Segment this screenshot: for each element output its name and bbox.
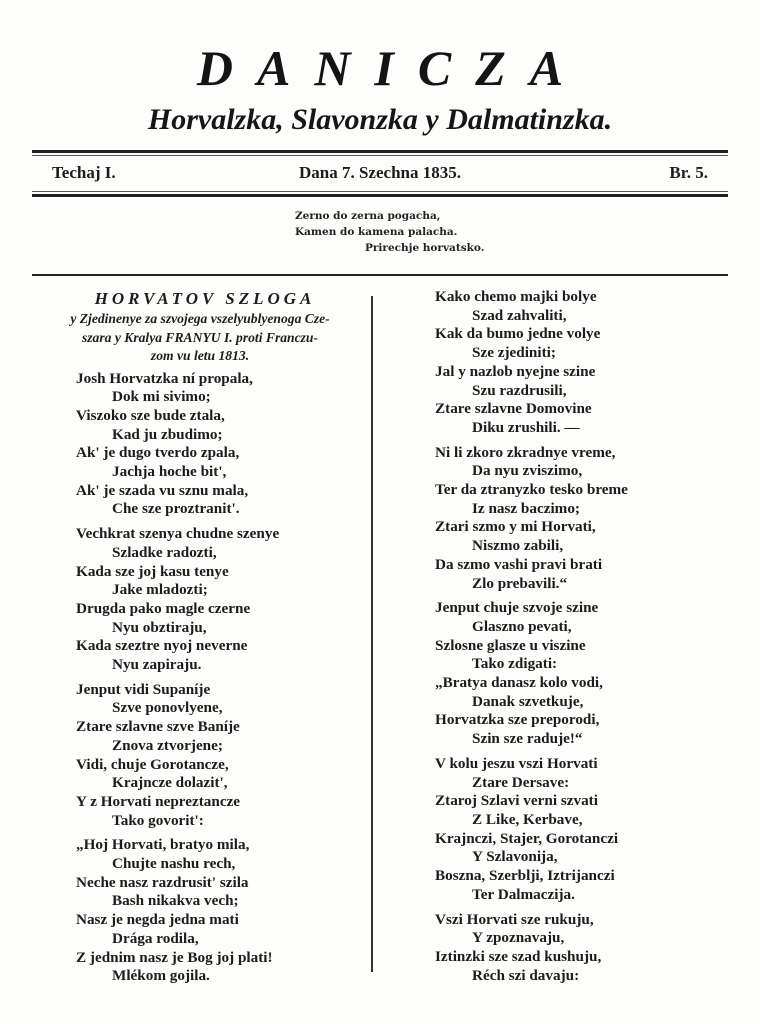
stanza: Vszi Horvati sze rukuju,Y zpoznavaju,Izt…: [380, 911, 730, 986]
verse-line: Krajnczi, Stajer, Gorotanczi: [380, 830, 730, 849]
verse-line: Ztare szlavne szve Baníje: [32, 718, 368, 737]
verse-line: Ak' je dugo tverdo zpala,: [32, 444, 368, 463]
verse-line: Da nyu zviszimo,: [380, 462, 730, 481]
poem-title: HORVATOV SZLOGA: [42, 288, 368, 310]
verse-line: Y zpoznavaju,: [380, 929, 730, 948]
masthead-title: DANICZA: [0, 38, 760, 98]
verse-line: Jenput chuje szvoje szine: [380, 599, 730, 618]
verse-line: Vszi Horvati sze rukuju,: [380, 911, 730, 930]
issue-date: Dana 7. Szechna 1835.: [32, 160, 728, 186]
verse-line: Ztare szlavne Domovine: [380, 400, 730, 419]
verse-line: Drugda pako magle czerne: [32, 600, 368, 619]
verse-line: Tako govorit':: [32, 812, 368, 831]
verse-line: Jenput vidi Supaníje: [32, 681, 368, 700]
verse-line: Szve ponovlyene,: [32, 699, 368, 718]
verse-line: Kada sze joj kasu tenye: [32, 563, 368, 582]
poem-subtitle-line: y Zjedinenye za szvojega vszelyublyenoga…: [32, 310, 368, 329]
verse-line: Glaszno pevati,: [380, 618, 730, 637]
epigraph-line: Zerno do zerna pogacha,: [295, 208, 484, 224]
verse-line: Nyu zapiraju.: [32, 656, 368, 675]
verse-line: Z jednim nasz je Bog joj plati!: [32, 949, 368, 968]
verse-line: Sze zjediniti;: [380, 344, 730, 363]
epigraph-attribution: Prirechje horvatsko.: [295, 240, 484, 256]
verse-line: Kako chemo majki bolye: [380, 288, 730, 307]
verse-line: Ak' je szada vu sznu mala,: [32, 482, 368, 501]
column-divider: [371, 296, 373, 972]
verse-line: Jal y nazlob nyejne szine: [380, 363, 730, 382]
poem-subtitle-line: zom vu letu 1813.: [32, 347, 368, 366]
verse-line: Y z Horvati nepreztancze: [32, 793, 368, 812]
verse-line: Jake mladozti;: [32, 581, 368, 600]
verse-line: Kak da bumo jedne volye: [380, 325, 730, 344]
verse-line: Da szmo vashi pravi brati: [380, 556, 730, 575]
verse-line: Nyu obztiraju,: [32, 619, 368, 638]
verse-line: Ni li zkoro zkradnye vreme,: [380, 444, 730, 463]
verse-line: V kolu jeszu vszi Horvati: [380, 755, 730, 774]
verse-line: „Hoj Horvati, bratyo mila,: [32, 836, 368, 855]
verse-line: Szladke radozti,: [32, 544, 368, 563]
verse-line: Boszna, Szerblji, Iztrijanczi: [380, 867, 730, 886]
column-right: Kako chemo majki bolyeSzad zahvaliti,Kak…: [380, 288, 730, 991]
verse-line: Iztinzki sze szad kushuju,: [380, 948, 730, 967]
verse-line: Szu razdrusili,: [380, 382, 730, 401]
verse-line: Kad ju zbudimo;: [32, 426, 368, 445]
verse-line: Znova ztvorjene;: [32, 737, 368, 756]
poem-subtitle: y Zjedinenye za szvojega vszelyublyenoga…: [32, 310, 368, 366]
verse-line: Dok mi sivimo;: [32, 388, 368, 407]
verse-line: Niszmo zabili,: [380, 537, 730, 556]
verse-line: Vechkrat szenya chudne szenye: [32, 525, 368, 544]
stanza: Jenput chuje szvoje szineGlaszno pevati,…: [380, 599, 730, 749]
verse-line: Josh Horvatzka ní propala,: [32, 370, 368, 389]
column-left: HORVATOV SZLOGA y Zjedinenye za szvojega…: [32, 288, 368, 992]
verse-line: Jachja hoche bit',: [32, 463, 368, 482]
rule-mid: [32, 194, 728, 197]
stanza: Jenput vidi SupaníjeSzve ponovlyene,Ztar…: [32, 681, 368, 831]
verse-line: Krajncze dolazit',: [32, 774, 368, 793]
verse-line: Diku zrushili. —: [380, 419, 730, 438]
rule-top-thin: [32, 155, 728, 156]
verse-line: Vidi, chuje Gorotancze,: [32, 756, 368, 775]
left-stanzas: Josh Horvatzka ní propala,Dok mi sivimo;…: [32, 370, 368, 987]
verse-line: Horvatzka sze preporodi,: [380, 711, 730, 730]
stanza: „Hoj Horvati, bratyo mila,Chujte nashu r…: [32, 836, 368, 986]
verse-line: Ter da ztranyzko tesko breme: [380, 481, 730, 500]
verse-line: Mlékom gojila.: [32, 967, 368, 986]
issue-line: Techaj I. Dana 7. Szechna 1835. Br. 5.: [32, 160, 728, 186]
stanza: Ni li zkoro zkradnye vreme,Da nyu zviszi…: [380, 444, 730, 594]
rule-mid-thin: [32, 191, 728, 192]
verse-line: Che sze proztranit'.: [32, 500, 368, 519]
epigraph: Zerno do zerna pogacha, Kamen do kamena …: [295, 208, 484, 256]
verse-line: Nasz je negda jedna mati: [32, 911, 368, 930]
right-stanzas: Kako chemo majki bolyeSzad zahvaliti,Kak…: [380, 288, 730, 985]
stanza: Vechkrat szenya chudne szenyeSzladke rad…: [32, 525, 368, 675]
verse-line: Szad zahvaliti,: [380, 307, 730, 326]
verse-line: Bash nikakva vech;: [32, 892, 368, 911]
poem-subtitle-line: szara y Kralya FRANYU I. proti Franczu-: [32, 329, 368, 348]
verse-line: Viszoko sze bude ztala,: [32, 407, 368, 426]
verse-line: Danak szvetkuje,: [380, 693, 730, 712]
verse-line: Z Like, Kerbave,: [380, 811, 730, 830]
rule-section: [32, 274, 728, 276]
verse-line: Drága rodila,: [32, 930, 368, 949]
verse-line: Réch szi davaju:: [380, 967, 730, 986]
verse-line: „Bratya danasz kolo vodi,: [380, 674, 730, 693]
verse-line: Ztare Dersave:: [380, 774, 730, 793]
masthead-subtitle: Horvalzka, Slavonzka y Dalmatinzka.: [0, 100, 760, 140]
issue-number: Br. 5.: [669, 160, 708, 186]
stanza: V kolu jeszu vszi HorvatiZtare Dersave:Z…: [380, 755, 730, 905]
verse-line: Ter Dalmaczija.: [380, 886, 730, 905]
verse-line: Y Szlavonija,: [380, 848, 730, 867]
verse-line: Szin sze raduje!“: [380, 730, 730, 749]
rule-top: [32, 150, 728, 153]
verse-line: Chujte nashu rech,: [32, 855, 368, 874]
verse-line: Iz nasz baczimo;: [380, 500, 730, 519]
verse-line: Zlo prebavili.“: [380, 575, 730, 594]
verse-line: Szlosne glasze u viszine: [380, 637, 730, 656]
verse-line: Kada szeztre nyoj neverne: [32, 637, 368, 656]
verse-line: Neche nasz razdrusit' szila: [32, 874, 368, 893]
verse-line: Ztaroj Szlavi verni szvati: [380, 792, 730, 811]
verse-line: Ztari szmo y mi Horvati,: [380, 518, 730, 537]
stanza: Kako chemo majki bolyeSzad zahvaliti,Kak…: [380, 288, 730, 438]
epigraph-line: Kamen do kamena palacha.: [295, 224, 484, 240]
verse-line: Tako zdigati:: [380, 655, 730, 674]
stanza: Josh Horvatzka ní propala,Dok mi sivimo;…: [32, 370, 368, 520]
